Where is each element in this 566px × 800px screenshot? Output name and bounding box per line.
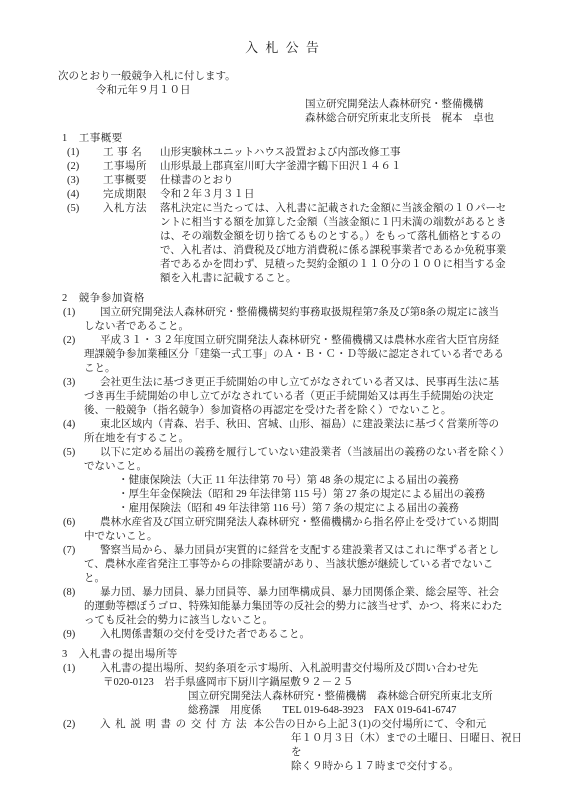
item-text: 東北区域内（青森、岩手、秋田、宮城、山形、福島）に建設業法に基づく営業所等の所在…	[84, 419, 499, 444]
section1-heading: 1 工事概要	[62, 132, 566, 146]
item-text: 平成３１・３２年度国立研究開発法人森林研究・整備機構又は農林水産省大臣官房経理課…	[84, 335, 504, 374]
item-text-line1: 本公告の日から上記３(1)の交付場所にて、令和元	[254, 719, 487, 730]
item-label: 入 札 説 明 書 の 交 付 方 法	[100, 719, 248, 730]
item-number: (9)	[63, 628, 100, 642]
qualification-item: (3)会社更生法に基づき更正手続開始の申し立てがなされている者又は、民事再生法に…	[84, 376, 506, 418]
bid-announcement-page: 入 札 公 告 次のとおり一般競争入札に付します。 令和元年９月１０日 国立研究…	[0, 0, 566, 800]
item-label: 入札方法	[103, 202, 147, 216]
intro-line: 次のとおり一般競争入札に付します。	[58, 70, 566, 84]
organization-address-line: 国立研究開発法人森林研究・整備機構 森林総合研究所東北支所	[188, 690, 566, 704]
section3-heading: 3 入札書の提出場所等	[62, 648, 566, 662]
item-label: 完成期限	[103, 188, 147, 202]
item-number: (3)	[67, 174, 79, 188]
item-number: (6)	[63, 516, 100, 530]
item-text: 暴力団、暴力団員、暴力団員等、暴力団準構成員、暴力団関係企業、総会屋等、社会的運…	[84, 587, 502, 626]
item-text-line3: 除く９時から１７時まで交付する。	[291, 760, 526, 774]
employment-insurance-bullet: ・雇用保険法（昭和 49 年法律第 116 号）第 7 条の規定による届出の義務	[118, 502, 526, 516]
bid-method-row: (5) 入札方法 落札決定に当たっては、入札書に記載された金額に当該金額の１０パ…	[0, 202, 508, 286]
item-number: (1)	[67, 146, 79, 160]
submission-place-item: (1)入札書の提出場所、契約条項を示す場所、入札説明書交付場所及び問い合わせ先	[84, 662, 506, 676]
item-text: 入札関係書類の交付を受けた者であること。	[100, 629, 310, 640]
item-number: (1)	[63, 306, 100, 320]
page-title: 入 札 公 告	[0, 40, 566, 56]
item-text: 以下に定める届出の義務を履行していない建設業者（当該届出の義務のない者を除く）で…	[84, 447, 504, 472]
item-number: (5)	[63, 446, 100, 460]
qualification-item: (8)暴力団、暴力団員、暴力団員等、暴力団準構成員、暴力団関係企業、総会屋等、社…	[84, 586, 506, 628]
postal-address-line: 〒020-0123 岩手県盛岡市下厨川字鍋屋敷９２－２５	[103, 676, 566, 690]
qualification-item: (5)以下に定める届出の義務を履行していない建設業者（当該届出の義務のない者を除…	[84, 446, 506, 474]
issuer-organization: 国立研究開発法人森林研究・整備機構	[305, 98, 566, 112]
item-value: 山形実験林ユニットハウス設置および内部改修工事	[160, 147, 401, 158]
item-text: 警察当局から、暴力団員が実質的に経営を支配する建設業者又はこれに準ずる者として、…	[84, 545, 499, 584]
item-value: 山形県最上郡真室川町大字釜淵字鶴下田沢１４６１	[160, 161, 402, 172]
item-text-line2: 年１０月３日（木）までの土曜日、日曜日、祝日を	[291, 732, 526, 760]
item-number: (2)	[63, 718, 100, 732]
qualification-item: (6)農林水産省及び国立研究開発法人森林研究・整備機構から指名停止を受けている期…	[84, 516, 506, 544]
item-label: 工 事 名	[103, 146, 142, 160]
item-value: 落札決定に当たっては、入札書に記載された金額に当該金額の１０パーセントに相当する…	[160, 203, 507, 284]
qualification-item: (9)入札関係書類の交付を受けた者であること。	[84, 628, 506, 642]
work-outline-row: (3) 工事概要 仕様書のとおり	[0, 174, 508, 188]
contact-phone-line: 総務課 用度係 TEL 019-648-3923 FAX 019-641-674…	[188, 704, 566, 718]
item-number: (3)	[63, 376, 100, 390]
item-number: (7)	[63, 544, 100, 558]
qualification-item: (7)警察当局から、暴力団員が実質的に経営を支配する建設業者又はこれに準ずる者と…	[84, 544, 506, 586]
item-number: (1)	[63, 662, 100, 676]
issuer-chief: 森林総合研究所東北支所長 梶本 卓也	[305, 112, 566, 126]
item-value: 令和２年３月３１日	[160, 189, 255, 200]
item-text: 農林水産省及び国立研究開発法人森林研究・整備機構から指名停止を受けている期間中で…	[84, 517, 499, 542]
qualification-item: (2)平成３１・３２年度国立研究開発法人森林研究・整備機構又は農林水産省大臣官房…	[84, 334, 506, 376]
work-name-row: (1) 工 事 名 山形実験林ユニットハウス設置および内部改修工事	[0, 146, 508, 160]
work-location-row: (2) 工事場所 山形県最上郡真室川町大字釜淵字鶴下田沢１４６１	[0, 160, 508, 174]
item-number: (8)	[63, 586, 100, 600]
document-distribution-item: (2)入 札 説 明 書 の 交 付 方 法本公告の日から上記３(1)の交付場所…	[84, 718, 506, 732]
completion-deadline-row: (4) 完成期限 令和２年３月３１日	[0, 188, 508, 202]
qualification-item: (1)国立研究開発法人森林研究・整備機構契約事務取扱規程第7条及び第8条の規定に…	[84, 306, 506, 334]
item-text: 入札書の提出場所、契約条項を示す場所、入札説明書交付場所及び問い合わせ先	[100, 663, 478, 674]
issuer-block: 国立研究開発法人森林研究・整備機構 森林総合研究所東北支所長 梶本 卓也	[305, 98, 566, 126]
item-number: (2)	[63, 334, 100, 348]
item-number: (4)	[63, 418, 100, 432]
item-text: 国立研究開発法人森林研究・整備機構契約事務取扱規程第7条及び第8条の規定に該当し…	[84, 307, 499, 332]
item-number: (5)	[67, 202, 79, 216]
qualification-item: (4)東北区域内（青森、岩手、秋田、宮城、山形、福島）に建設業法に基づく営業所等…	[84, 418, 506, 446]
pension-insurance-bullet: ・厚生年金保険法（昭和 29 年法律第 115 号）第 27 条の規定による届出…	[118, 488, 526, 502]
health-insurance-bullet: ・健康保険法（大正 11 年法律第 70 号）第 48 条の規定による届出の義務	[118, 474, 526, 488]
item-number: (4)	[67, 188, 79, 202]
section2-heading: 2 競争参加資格	[62, 292, 566, 306]
item-number: (2)	[67, 160, 79, 174]
item-text: 会社更生法に基づき更正手続開始の申し立てがなされている者又は、民事再生法に基づき…	[84, 377, 499, 416]
item-label: 工事場所	[103, 160, 147, 174]
announcement-date: 令和元年９月１０日	[96, 84, 566, 98]
item-label: 工事概要	[103, 174, 147, 188]
item-value: 仕様書のとおり	[160, 175, 234, 186]
